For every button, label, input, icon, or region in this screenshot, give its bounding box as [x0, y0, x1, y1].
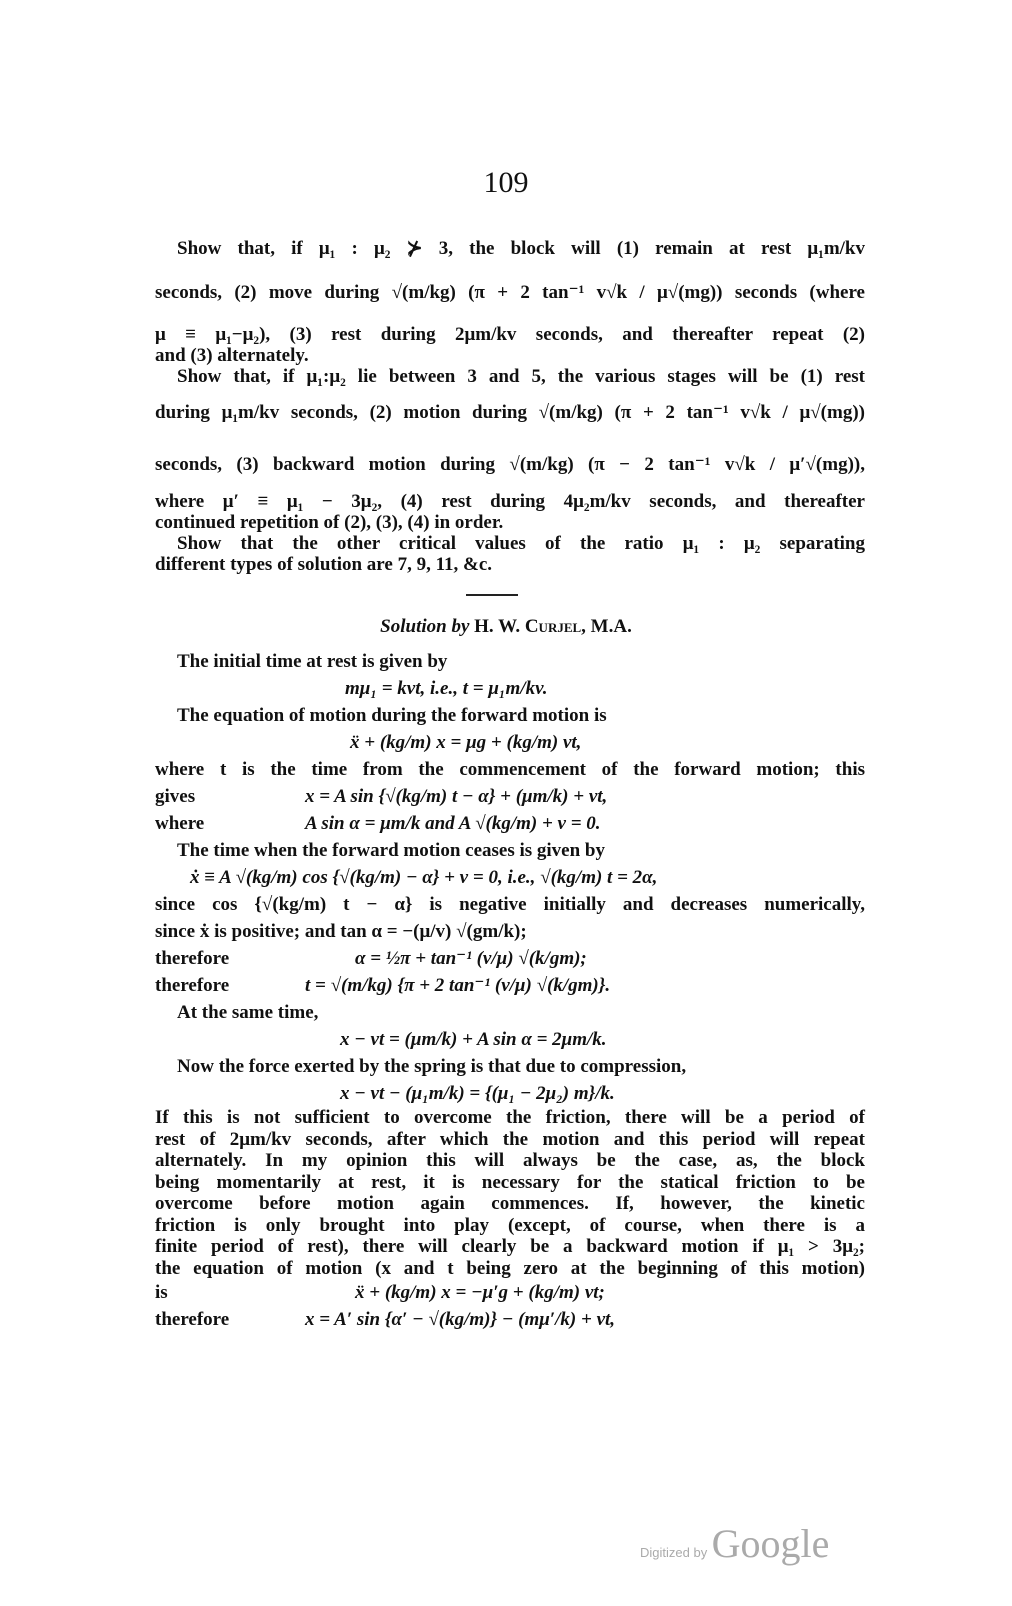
equation-label: where: [155, 810, 305, 837]
problem-line: seconds, (3) backward motion during √(m/…: [155, 439, 865, 491]
equation: t = √(m/kg) {π + 2 tan⁻¹ (v/μ) √(k/gm)}.: [305, 972, 865, 999]
labelled-equation: gives x = A sin {√(kg/m) t − α} + (μm/k)…: [155, 783, 865, 810]
labelled-equation: therefore t = √(m/kg) {π + 2 tan⁻¹ (v/μ)…: [155, 972, 865, 999]
equation-label: therefore: [155, 972, 305, 999]
page-number: 109: [0, 166, 1012, 200]
solution-line: Now the force exerted by the spring is t…: [155, 1053, 865, 1080]
problem-line: μ ≡ μ₁−μ₂), (3) rest during 2μm/kv secon…: [155, 324, 865, 345]
google-logo: Google: [712, 1521, 830, 1566]
equation-label: gives: [155, 783, 305, 810]
equation: x − vt − (μ₁m/k) = {(μ₁ − 2μ₂) m}/k.: [155, 1080, 865, 1107]
labelled-equation: where A sin α = μm/k and A √(kg/m) + v =…: [155, 810, 865, 837]
paragraph-line: alternately. In my opinion this will alw…: [155, 1150, 865, 1172]
solution-line: The initial time at rest is given by: [155, 648, 865, 675]
problem-line: seconds, (2) move during √(m/kg) (π + 2 …: [155, 262, 865, 324]
solution-body: The initial time at rest is given by mμ₁…: [155, 648, 865, 1333]
solution-byline: Solution by H. W. Curjel, M.A.: [0, 616, 1012, 638]
solution-line: since cos {√(kg/m) t − α} is negative in…: [155, 891, 865, 918]
problem-line: Show that, if μ₁ : μ₂ ⊁ 3, the block wil…: [155, 238, 865, 262]
problem-line: different types of solution are 7, 9, 11…: [155, 554, 865, 575]
labelled-equation: therefore α = ½π + tan⁻¹ (v/μ) √(k/gm);: [155, 945, 865, 972]
paragraph-line: If this is not sufficient to overcome th…: [155, 1107, 865, 1129]
equation: x − vt = (μm/k) + A sin α = 2μm/k.: [155, 1026, 865, 1053]
byline-prefix: Solution by: [380, 616, 469, 637]
labelled-equation: therefore x = A′ sin {α′ − √(kg/m)} − (m…: [155, 1306, 865, 1333]
equation: A sin α = μm/k and A √(kg/m) + v = 0.: [305, 810, 865, 837]
problem-line: and (3) alternately.: [155, 345, 865, 366]
solution-paragraph: If this is not sufficient to overcome th…: [155, 1107, 865, 1279]
problem-line: where μ′ ≡ μ₁ − 3μ₂, (4) rest during 4μ₂…: [155, 491, 865, 512]
problem-line: Show that the other critical values of t…: [155, 533, 865, 554]
paragraph-line: being momentarily at rest, it is necessa…: [155, 1172, 865, 1194]
solution-line: The time when the forward motion ceases …: [155, 837, 865, 864]
equation: mμ₁ = kvt, i.e., t = μ₁m/kv.: [155, 675, 865, 702]
watermark-prefix: Digitized by: [640, 1545, 707, 1560]
paragraph-line: finite period of rest), there will clear…: [155, 1236, 865, 1258]
paragraph-line: rest of 2μm/kv seconds, after which the …: [155, 1129, 865, 1151]
equation-label: therefore: [155, 1306, 305, 1333]
solution-line: where t is the time from the commencemen…: [155, 756, 865, 783]
problem-line: during μ₁m/kv seconds, (2) motion during…: [155, 387, 865, 439]
section-divider: [466, 594, 518, 596]
paragraph-line: friction is only brought into play (exce…: [155, 1215, 865, 1237]
equation: x = A sin {√(kg/m) t − α} + (μm/k) + vt,: [305, 783, 865, 810]
problem-statement: Show that, if μ₁ : μ₂ ⊁ 3, the block wil…: [155, 238, 865, 575]
solution-line: since ẋ is positive; and tan α = −(μ/v) …: [155, 918, 865, 945]
equation-label: is: [155, 1279, 355, 1306]
labelled-equation: is ẍ + (kg/m) x = −μ′g + (kg/m) vt;: [155, 1279, 865, 1306]
solution-line: At the same time,: [155, 999, 865, 1026]
paragraph-line: the equation of motion (x and t being ze…: [155, 1258, 865, 1280]
problem-line: Show that, if μ₁:μ₂ lie between 3 and 5,…: [155, 366, 865, 387]
solution-line: The equation of motion during the forwar…: [155, 702, 865, 729]
equation: α = ½π + tan⁻¹ (v/μ) √(k/gm);: [355, 945, 865, 972]
equation: x = A′ sin {α′ − √(kg/m)} − (mμ′/k) + vt…: [305, 1306, 865, 1333]
byline-author: H. W. Curjel, M.A.: [474, 616, 632, 637]
problem-line: continued repetition of (2), (3), (4) in…: [155, 512, 865, 533]
equation: ẋ ≡ A √(kg/m) cos {√(kg/m) − α} + v = 0,…: [155, 864, 865, 891]
equation-label: therefore: [155, 945, 355, 972]
paragraph-line: overcome before motion again commences. …: [155, 1193, 865, 1215]
digitized-watermark: Digitized by Google: [640, 1520, 829, 1567]
equation: ẍ + (kg/m) x = μg + (kg/m) vt,: [155, 729, 865, 756]
equation: ẍ + (kg/m) x = −μ′g + (kg/m) vt;: [355, 1279, 865, 1306]
